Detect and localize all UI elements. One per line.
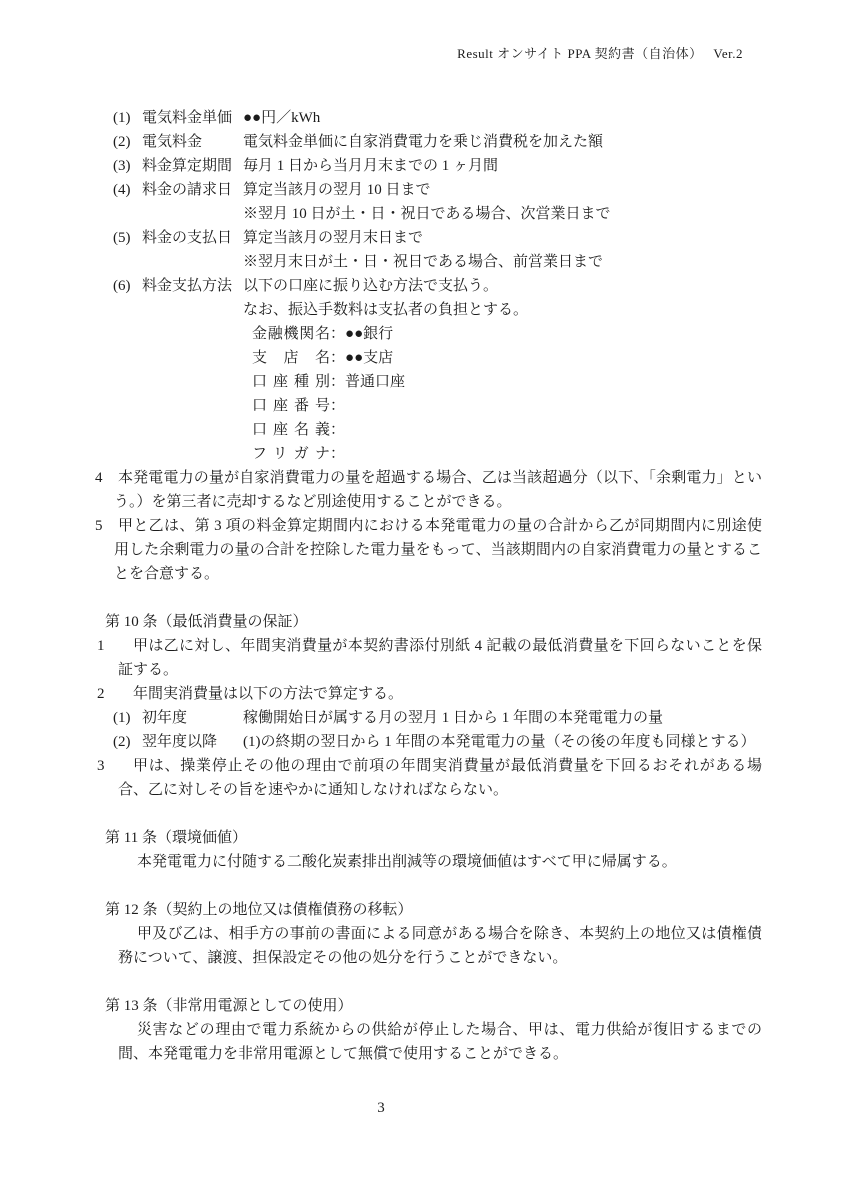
bank-row-account-type: 口座種別：普通口座: [0, 370, 762, 394]
fee-item-term: 電気料金: [142, 130, 243, 154]
item-number: 3: [97, 754, 105, 778]
fee-item-6: (6)料金支払方法以下の口座に振り込む方法で支払う。: [0, 274, 762, 298]
fee-item-number: (5): [113, 226, 142, 250]
fee-item-number: (3): [113, 154, 142, 178]
article-13-body: 災害などの理由で電力系統からの供給が停止した場合、甲は、電力供給が復旧するまでの…: [0, 1018, 762, 1066]
item-number: 1: [97, 634, 105, 658]
bank-row-value: 普通口座: [345, 374, 405, 390]
article-10-heading: 第 10 条（最低消費量の保証）: [105, 610, 762, 634]
fee-item-number: (1): [113, 106, 142, 130]
article-13-heading: 第 13 条（非常用電源としての使用）: [105, 994, 762, 1018]
subitem-number: (2): [113, 730, 131, 754]
fee-item-1: (1)電気料金単価●●円／kWh: [0, 106, 762, 130]
bank-row-colon: ：: [330, 446, 345, 462]
bank-row-colon: ：: [330, 398, 345, 414]
bank-row-colon: ：: [330, 374, 345, 390]
fee-item-desc: 算定当該月の翌月末日まで: [243, 230, 423, 246]
document-body: (1)電気料金単価●●円／kWh (2)電気料金電気料金単価に自家消費電力を乗じ…: [0, 106, 849, 1120]
fee-item-4-note: ※翌月 10 日が土・日・祝日である場合、次営業日まで: [0, 202, 762, 226]
bank-row-colon: ：: [330, 350, 345, 366]
subitem-desc: (1)の終期の翌日から 1 年間の本発電電力の量（その後の年度も同様とする）: [243, 734, 756, 750]
fee-item-term: 料金の支払日: [142, 226, 243, 250]
bank-row-colon: ：: [330, 422, 345, 438]
bank-row-account-number: 口座番号：: [0, 394, 762, 418]
subitem-term: 翌年度以降: [142, 730, 243, 754]
article-11-body: 本発電電力に付随する二酸化炭素排出削減等の環境価値はすべて甲に帰属する。: [0, 850, 762, 874]
bank-row-account-name: 口座名義：: [0, 418, 762, 442]
article-10-item-2: 2年間実消費量は以下の方法で算定する。: [0, 682, 762, 706]
document-page: Result オンサイト PPA 契約書（自治体） Ver.2 (1)電気料金単…: [0, 0, 849, 1200]
bank-row-institution: 金融機関名：●●銀行: [0, 322, 762, 346]
fee-item-number: (2): [113, 130, 142, 154]
item-number: 2: [97, 682, 105, 706]
fee-item-3: (3)料金算定期間毎月 1 日から当月月末までの 1 ヶ月間: [0, 154, 762, 178]
bank-row-label: 口座種別: [252, 370, 330, 394]
clause-number: 5: [95, 514, 103, 538]
bank-row-label: 金融機関名: [252, 322, 330, 346]
fee-item-desc: 算定当該月の翌月 10 日まで: [243, 182, 431, 198]
subitem-desc: 稼働開始日が属する月の翌月 1 日から 1 年間の本発電電力の量: [243, 710, 663, 726]
page-number: 3: [0, 1096, 762, 1120]
bank-row-colon: ：: [330, 326, 345, 342]
article-12-heading: 第 12 条（契約上の地位又は債権債務の移転）: [105, 898, 762, 922]
fee-item-5: (5)料金の支払日算定当該月の翌月末日まで: [0, 226, 762, 250]
article-12-body: 甲及び乙は、相手方の事前の書面による同意がある場合を除き、本契約上の地位又は債権…: [0, 922, 762, 970]
fee-item-5-note: ※翌月末日が土・日・祝日である場合、前営業日まで: [0, 250, 762, 274]
fee-item-2: (2)電気料金電気料金単価に自家消費電力を乗じ消費税を加えた額: [0, 130, 762, 154]
article-10-item-1: 1甲は乙に対し、年間実消費量が本契約書添付別紙 4 記載の最低消費量を下回らない…: [0, 634, 762, 682]
clause-number: 4: [95, 466, 103, 490]
bank-row-label: 支店名: [252, 346, 330, 370]
bank-row-label: 口座名義: [252, 418, 330, 442]
article-10-subitem-1: (1)初年度稼働開始日が属する月の翌月 1 日から 1 年間の本発電電力の量: [0, 706, 762, 730]
fee-item-6-note: なお、振込手数料は支払者の負担とする。: [0, 298, 762, 322]
bank-row-label: 口座番号: [252, 394, 330, 418]
bank-row-furigana: フリガナ：: [0, 442, 762, 466]
article-10-subitem-2: (2)翌年度以降(1)の終期の翌日から 1 年間の本発電電力の量（その後の年度も…: [0, 730, 762, 754]
fee-item-4: (4)料金の請求日算定当該月の翌月 10 日まで: [0, 178, 762, 202]
clause-text: 本発電電力の量が自家消費電力の量を超過する場合、乙は当該超過分（以下、「余剰電力…: [114, 470, 762, 510]
fee-item-number: (6): [113, 274, 142, 298]
bank-row-label: フリガナ: [252, 442, 330, 466]
fee-item-desc: 毎月 1 日から当月月末までの 1 ヶ月間: [243, 158, 498, 174]
item-text: 甲は乙に対し、年間実消費量が本契約書添付別紙 4 記載の最低消費量を下回らないこ…: [118, 638, 762, 678]
article-11-heading: 第 11 条（環境価値）: [105, 826, 762, 850]
fee-item-desc: 電気料金単価に自家消費電力を乗じ消費税を加えた額: [243, 134, 603, 150]
fee-item-term: 電気料金単価: [142, 106, 243, 130]
item-text: 甲は、操業停止その他の理由で前項の年間実消費量が最低消費量を下回るおそれがある場…: [118, 758, 762, 798]
fee-item-desc: ●●円／kWh: [243, 110, 320, 126]
fee-item-number: (4): [113, 178, 142, 202]
fee-item-term: 料金の請求日: [142, 178, 243, 202]
clause-4: 4本発電電力の量が自家消費電力の量を超過する場合、乙は当該超過分（以下、「余剰電…: [0, 466, 762, 514]
subitem-number: (1): [113, 706, 131, 730]
item-text: 年間実消費量は以下の方法で算定する。: [133, 686, 403, 702]
bank-row-value: ●●銀行: [345, 326, 393, 342]
bank-row-branch: 支店名：●●支店: [0, 346, 762, 370]
article-10-item-3: 3甲は、操業停止その他の理由で前項の年間実消費量が最低消費量を下回るおそれがある…: [0, 754, 762, 802]
document-header-title: Result オンサイト PPA 契約書（自治体） Ver.2: [0, 0, 849, 62]
fee-item-term: 料金算定期間: [142, 154, 243, 178]
clause-text: 甲と乙は、第 3 項の料金算定期間内における本発電電力の量の合計から乙が同期間内…: [114, 518, 762, 582]
clause-5: 5甲と乙は、第 3 項の料金算定期間内における本発電電力の量の合計から乙が同期間…: [0, 514, 762, 586]
bank-row-value: ●●支店: [345, 350, 393, 366]
fee-item-desc: 以下の口座に振り込む方法で支払う。: [243, 278, 498, 294]
subitem-term: 初年度: [142, 706, 243, 730]
fee-item-term: 料金支払方法: [142, 274, 243, 298]
